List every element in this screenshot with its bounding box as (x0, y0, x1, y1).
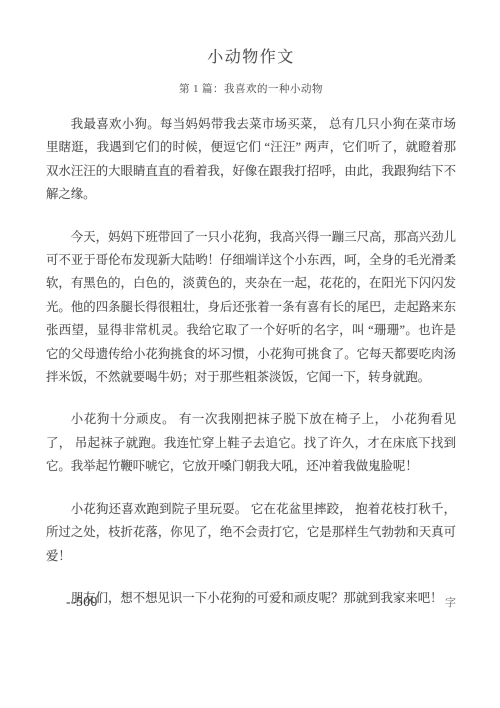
paragraph-1: 我最喜欢小狗。每当妈妈带我去菜市场买菜， 总有几只小狗在菜市场里瞎逛，我遇到它们… (46, 113, 456, 207)
word-count-unit-label: 字 (445, 594, 456, 610)
word-count-row: --500 字 (46, 594, 456, 610)
paragraph-3: 小花狗十分顽皮。 有一次我刚把袜子脱下放在椅子上， 小花狗看见了， 吊起袜子就跑… (46, 408, 456, 478)
paragraph-2: 今天，妈妈下班带回了一只小花狗，我高兴得一蹦三尺高，那高兴劲儿可不亚于哥伦布发现… (46, 226, 456, 390)
document-body: 我最喜欢小狗。每当妈妈带我去菜市场买菜， 总有几只小狗在菜市场里瞎逛，我遇到它们… (46, 113, 456, 610)
word-count-value: --500 (66, 594, 98, 610)
document-subtitle: 第 1 篇：我喜欢的一种小动物 (46, 81, 456, 96)
paragraph-4: 小花狗还喜欢跑到院子里玩耍。 它在花盆里摔跤， 抱着花枝打秋千， 所过之处，枝折… (46, 498, 456, 568)
document-title: 小动物作文 (46, 44, 456, 67)
document-page: 小动物作文 第 1 篇：我喜欢的一种小动物 我最喜欢小狗。每当妈妈带我去菜市场买… (0, 0, 500, 708)
